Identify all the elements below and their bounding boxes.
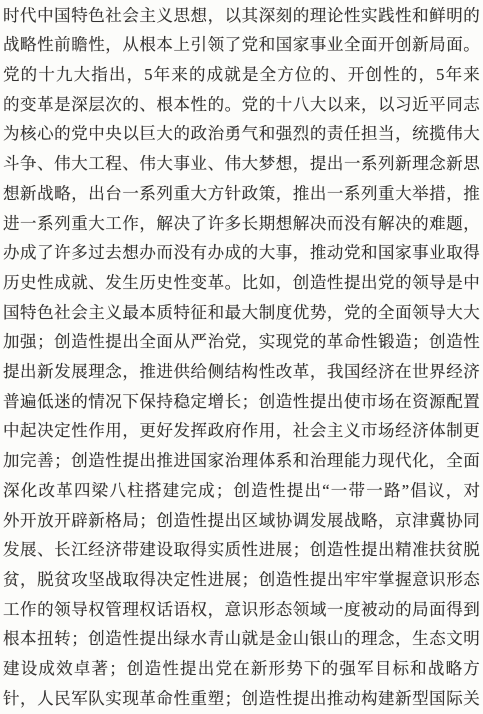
text-line: 斗争、伟大工程、伟大事业、伟大梦想，提出一系列新理念新思 — [3, 150, 480, 180]
text-line: 外开放开辟新格局；创造性提出区域协调发展战略，京津冀协同 — [3, 506, 480, 536]
text-line: 贫，脱贫攻坚战取得决定性进展；创造性提出牢牢掌握意识形态 — [3, 565, 480, 595]
text-line: 工作的领导权管理权话语权，意识形态领域一度被动的局面得到 — [3, 595, 480, 625]
text-line: 发展、长江经济带建设取得实质性进展；创造性提出精准扶贫脱 — [3, 536, 480, 566]
text-line: 进一系列重大工作，解决了许多长期想解决而没有解决的难题， — [3, 209, 480, 239]
text-line: 中起决定性作用，更好发挥政府作用，社会主义市场经济体制更 — [3, 417, 480, 447]
text-line: 深化改革四梁八柱搭建完成；创造性提出“一带一路”倡议，对 — [3, 476, 480, 506]
text-line: 根本扭转；创造性提出绿水青山就是金山银山的理念，生态文明 — [3, 625, 480, 655]
text-line: 战略性前瞻性，从根本上引领了党和国家事业全面开创新局面。 — [3, 31, 480, 61]
text-line: 为核心的党中央以巨大的政治勇气和强烈的责任担当，统揽伟大 — [3, 120, 480, 150]
text-line: 历史性成就、发生历史性变革。比如，创造性提出党的领导是中 — [3, 268, 480, 298]
text-line: 普遍低迷的情况下保持稳定增长；创造性提出使市场在资源配置 — [3, 387, 480, 417]
text-line: 党的十九大指出，5年来的成就是全方位的、开创性的，5年来 — [3, 60, 480, 90]
text-line: 针，人民军队实现革命性重塑；创造性提出推动构建新型国际关 — [3, 684, 480, 714]
text-line: 的变革是深层次的、根本性的。党的十八大以来，以习近平同志 — [3, 90, 480, 120]
text-line: 提出新发展理念，推进供给侧结构性改革，我国经济在世界经济 — [3, 357, 480, 387]
text-line: 国特色社会主义最本质特征和最大制度优势，党的全面领导大大 — [3, 298, 480, 328]
scanned-document-page: 时代中国特色社会主义思想，以其深刻的理论性实践性和鲜明的战略性前瞻性，从根本上引… — [0, 0, 483, 714]
text-line: 建设成效卓著；创造性提出党在新形势下的强军目标和战略方 — [3, 654, 480, 684]
text-line: 办成了许多过去想办而没有办成的大事，推动党和国家事业取得 — [3, 239, 480, 269]
body-text-block: 时代中国特色社会主义思想，以其深刻的理论性实践性和鲜明的战略性前瞻性，从根本上引… — [3, 1, 480, 714]
text-line: 加强；创造性提出全面从严治党，实现党的革命性锻造；创造性 — [3, 328, 480, 358]
text-line: 时代中国特色社会主义思想，以其深刻的理论性实践性和鲜明的 — [3, 1, 480, 31]
text-line: 加完善；创造性提出推进国家治理体系和治理能力现代化，全面 — [3, 447, 480, 477]
text-line: 想新战略，出台一系列重大方针政策，推出一系列重大举措，推 — [3, 179, 480, 209]
